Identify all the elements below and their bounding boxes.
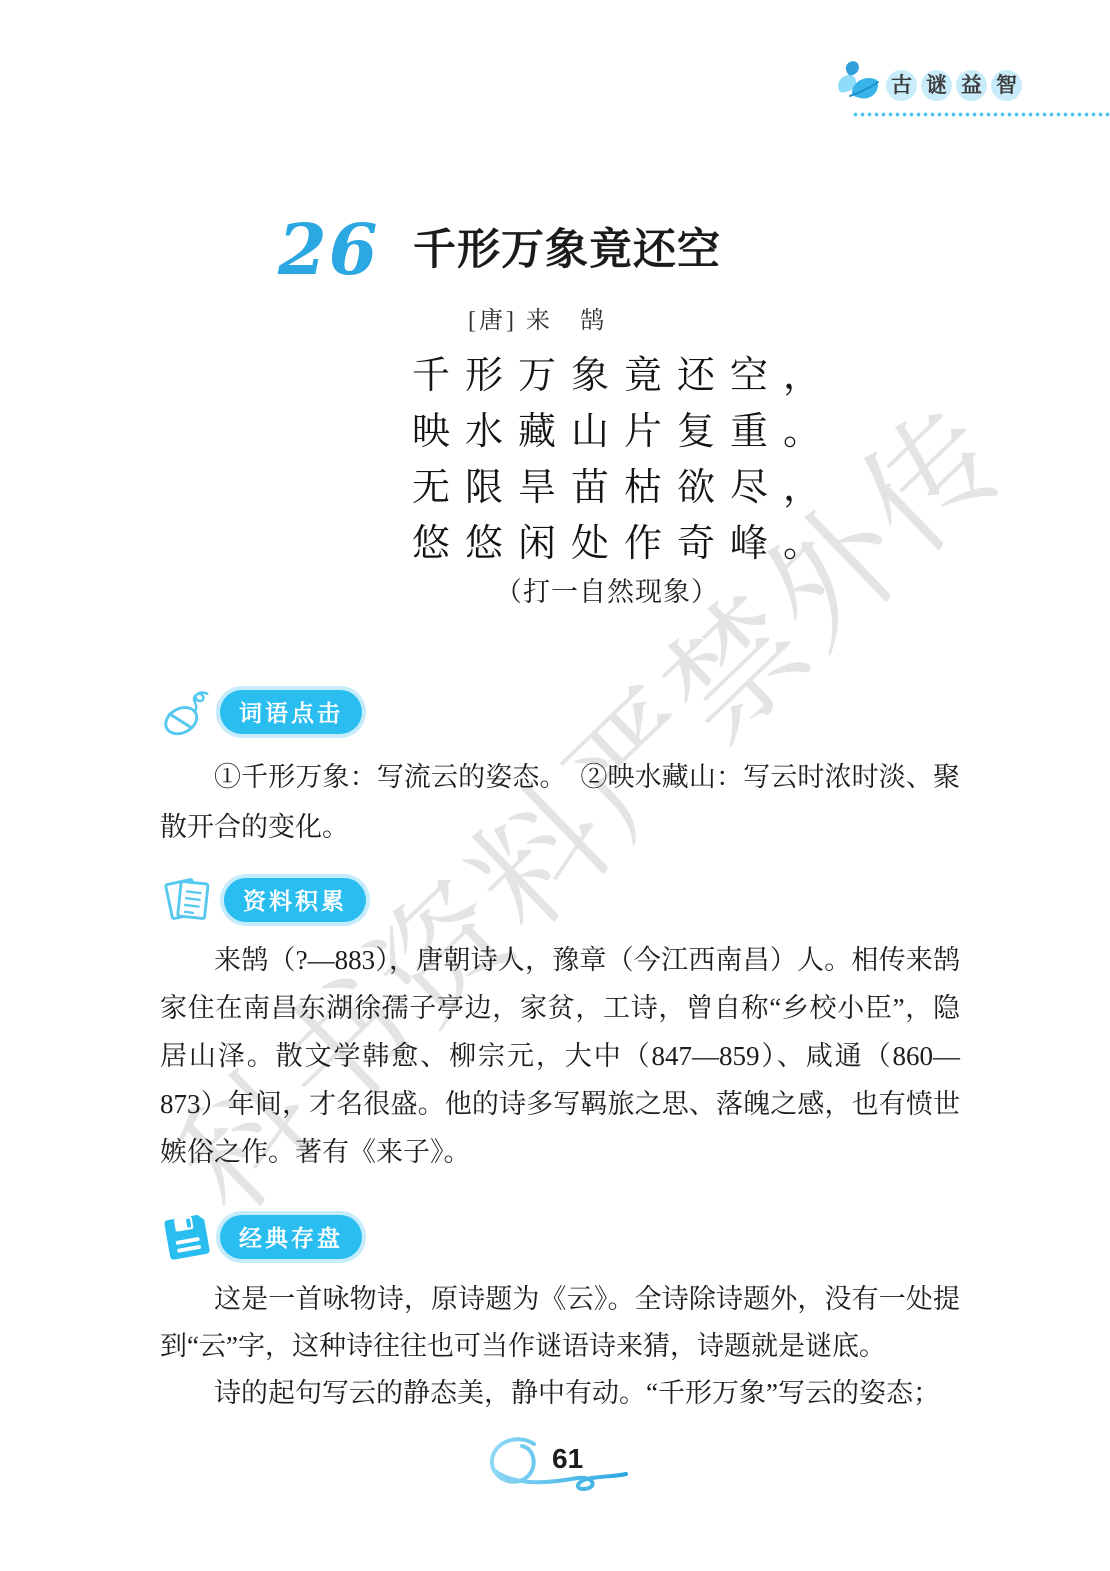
floppy-icon: [163, 1211, 211, 1263]
section-body-classic: 这是一首咏物诗，原诗题为《云》。全诗除诗题外，没有一处提到“云”字，这种诗往往也…: [160, 1276, 960, 1417]
page-number: 61: [552, 1443, 583, 1475]
poem-body: 千形万象竟还空， 映水藏山片复重。 无限旱苗枯欲尽， 悠悠闲处作奇峰。: [412, 348, 836, 572]
section-header-words: 词语点击: [163, 686, 362, 738]
poem-line: 悠悠闲处作奇峰。: [412, 516, 836, 572]
section-badge-classic: 经典存盘: [220, 1215, 362, 1259]
section-body-words: ①千形万象：写流云的姿态。 ②映水藏山：写云时浓时淡、聚散开合的变化。: [160, 752, 960, 852]
logo-char: 古: [886, 70, 917, 101]
logo-char: 智: [991, 70, 1022, 101]
paragraph: 诗的起句写云的静态美，静中有动。“千形万象”写云的姿态；: [160, 1370, 960, 1417]
paragraph: ①千形万象：写流云的姿态。 ②映水藏山：写云时浓时淡、聚散开合的变化。: [160, 752, 960, 852]
riddle-hint: （打一自然现象）: [495, 570, 719, 609]
leaf-logo-icon: [836, 60, 882, 110]
section-badge-material: 资料积累: [224, 878, 366, 922]
section-header-material: 资料积累: [163, 874, 366, 926]
section-header-classic: 经典存盘: [163, 1211, 362, 1263]
poem-line: 无限旱苗枯欲尽，: [412, 460, 836, 516]
logo-char: 益: [956, 70, 987, 101]
poem-author: [唐] 来 鹄: [468, 300, 607, 335]
lesson-number: 26: [278, 208, 379, 291]
book-page: 科书资料严禁外传 古 谜 益 智 26 千形万象竟还空 [唐] 来 鹄 千形万象…: [0, 0, 1110, 1571]
series-logo: 古 谜 益 智: [886, 70, 1022, 101]
paragraph: 这是一首咏物诗，原诗题为《云》。全诗除诗题外，没有一处提到“云”字，这种诗往往也…: [160, 1276, 960, 1370]
page-title: 千形万象竟还空: [413, 216, 721, 277]
header-dotted-divider: [852, 112, 1110, 117]
documents-icon: [163, 874, 215, 926]
section-body-material: 来鹄（?—883），唐朝诗人，豫章（今江西南昌）人。相传来鹄家住在南昌东湖徐孺子…: [160, 936, 960, 1176]
section-badge-words: 词语点击: [220, 690, 362, 734]
logo-char: 谜: [921, 70, 952, 101]
poem-line: 映水藏山片复重。: [412, 404, 836, 460]
paragraph: 来鹄（?—883），唐朝诗人，豫章（今江西南昌）人。相传来鹄家住在南昌东湖徐孺子…: [160, 936, 960, 1176]
poem-line: 千形万象竟还空，: [412, 348, 836, 404]
mouse-icon: [163, 686, 211, 738]
